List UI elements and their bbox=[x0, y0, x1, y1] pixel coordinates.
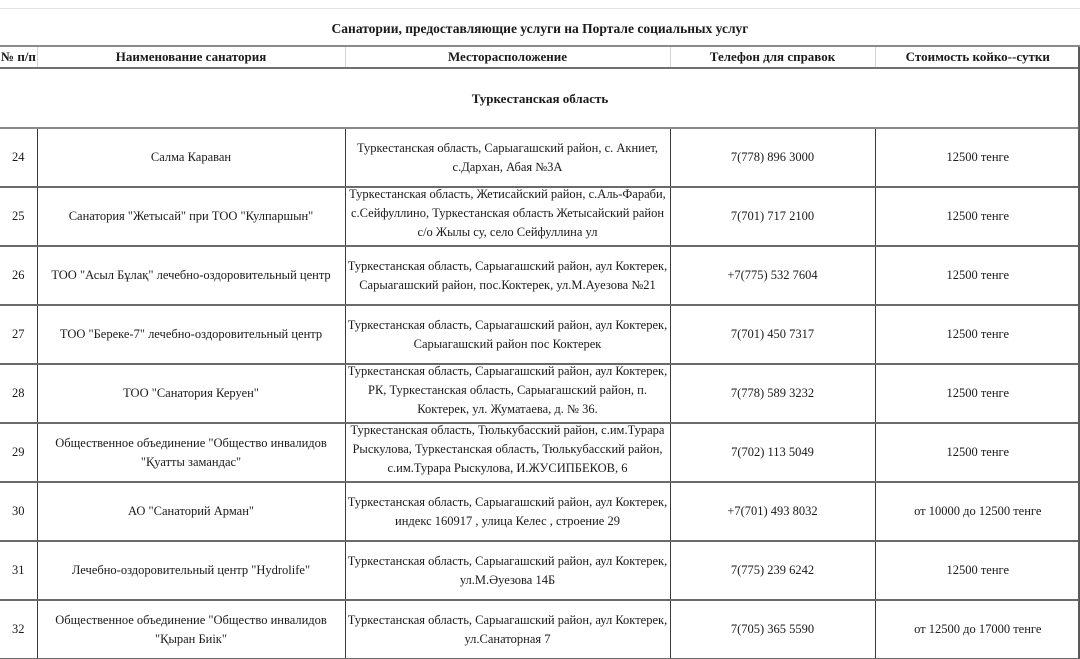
row-number: 28 bbox=[0, 364, 37, 423]
contact-phone: 7(705) 365 5590 bbox=[670, 600, 875, 659]
row-number: 30 bbox=[0, 482, 37, 541]
table-row: 31Лечебно-оздоровительный центр "Hydroli… bbox=[0, 541, 1080, 600]
contact-phone: +7(701) 493 8032 bbox=[670, 482, 875, 541]
table-row: 25Санатория "Жетысай" при ТОО "Кулпаршын… bbox=[0, 187, 1080, 246]
bed-day-price: от 12500 до 17000 тенге bbox=[875, 600, 1080, 659]
contact-phone: 7(778) 589 3232 bbox=[670, 364, 875, 423]
sanatorium-name: Салма Караван bbox=[37, 128, 345, 187]
sanatorium-name: ТОО "Асыл Бұлақ" лечебно-оздоровительный… bbox=[37, 246, 345, 305]
sanatorium-location: Туркестанская область, Жетисайский район… bbox=[345, 187, 670, 246]
column-header-phone: Телефон для справок bbox=[670, 47, 875, 68]
contact-phone: 7(775) 239 6242 bbox=[670, 541, 875, 600]
document-sheet: Санатории, предоставляющие услуги на Пор… bbox=[0, 8, 1080, 659]
row-number: 26 bbox=[0, 246, 37, 305]
sanatorium-location: Туркестанская область, Сарыагашский райо… bbox=[345, 246, 670, 305]
sanatorium-name: Лечебно-оздоровительный центр "Hydrolife… bbox=[37, 541, 345, 600]
row-number: 27 bbox=[0, 305, 37, 364]
location-text: Туркестанская область, Сарыагашский райо… bbox=[348, 129, 668, 186]
contact-phone: +7(775) 532 7604 bbox=[670, 246, 875, 305]
table-row: 24Салма КараванТуркестанская область, Са… bbox=[0, 128, 1080, 187]
table-row: 29Общественное объединение "Общество инв… bbox=[0, 423, 1080, 482]
document-title: Санатории, предоставляющие услуги на Пор… bbox=[0, 9, 1080, 47]
sanatorium-location: Туркестанская область, Сарыагашский райо… bbox=[345, 305, 670, 364]
sanatorium-name: Общественное объединение "Общество инвал… bbox=[37, 423, 345, 482]
table-row: 28ТОО "Санатория Керуен"Туркестанская об… bbox=[0, 364, 1080, 423]
contact-phone: 7(702) 113 5049 bbox=[670, 423, 875, 482]
contact-phone: 7(701) 717 2100 bbox=[670, 187, 875, 246]
row-number: 29 bbox=[0, 423, 37, 482]
column-header-location: Месторасположение bbox=[345, 47, 670, 68]
sanatorium-location: Туркестанская область, Сарыагашский райо… bbox=[345, 482, 670, 541]
location-text: Туркестанская область, Сарыагашский райо… bbox=[348, 601, 668, 658]
sanatorium-table: № п/п Наименование санатория Местораспол… bbox=[0, 47, 1080, 659]
bed-day-price: 12500 тенге bbox=[875, 128, 1080, 187]
column-header-price: Стоимость койко--сутки bbox=[875, 47, 1080, 68]
column-header-number: № п/п bbox=[0, 47, 37, 68]
location-text: Туркестанская область, Тюлькубасский рай… bbox=[348, 423, 668, 478]
table-row: 27ТОО "Береке-7" лечебно-оздоровительный… bbox=[0, 305, 1080, 364]
sanatorium-name: ТОО "Санатория Керуен" bbox=[37, 364, 345, 423]
sanatorium-location: Туркестанская область, Сарыагашский райо… bbox=[345, 541, 670, 600]
sanatorium-name: АО "Санаторий Арман" bbox=[37, 482, 345, 541]
contact-phone: 7(701) 450 7317 bbox=[670, 305, 875, 364]
sanatorium-location: Туркестанская область, Сарыагашский райо… bbox=[345, 128, 670, 187]
bed-day-price: 12500 тенге bbox=[875, 305, 1080, 364]
bed-day-price: 12500 тенге bbox=[875, 541, 1080, 600]
row-number: 24 bbox=[0, 128, 37, 187]
sanatorium-name: Общественное объединение "Общество инвал… bbox=[37, 600, 345, 659]
location-text: Туркестанская область, Сарыагашский райо… bbox=[348, 542, 668, 599]
location-text: Туркестанская область, Сарыагашский райо… bbox=[348, 247, 668, 304]
row-number: 31 bbox=[0, 541, 37, 600]
column-header-name: Наименование санатория bbox=[37, 47, 345, 68]
bed-day-price: 12500 тенге bbox=[875, 187, 1080, 246]
bed-day-price: 12500 тенге bbox=[875, 246, 1080, 305]
sanatorium-name: ТОО "Береке-7" лечебно-оздоровительный ц… bbox=[37, 305, 345, 364]
sanatorium-location: Туркестанская область, Сарыагашский райо… bbox=[345, 364, 670, 423]
region-row: Туркестанская область bbox=[0, 68, 1080, 128]
bed-day-price: от 10000 до 12500 тенге bbox=[875, 482, 1080, 541]
region-label: Туркестанская область bbox=[0, 68, 1080, 128]
bed-day-price: 12500 тенге bbox=[875, 364, 1080, 423]
contact-phone: 7(778) 896 3000 bbox=[670, 128, 875, 187]
table-row: 30АО "Санаторий Арман"Туркестанская обла… bbox=[0, 482, 1080, 541]
row-number: 25 bbox=[0, 187, 37, 246]
table-row: 32Общественное объединение "Общество инв… bbox=[0, 600, 1080, 659]
location-text: Туркестанская область, Сарыагашский райо… bbox=[348, 364, 668, 419]
table-row: 26ТОО "Асыл Бұлақ" лечебно-оздоровительн… bbox=[0, 246, 1080, 305]
table-header-row: № п/п Наименование санатория Местораспол… bbox=[0, 47, 1080, 68]
location-text: Туркестанская область, Жетисайский район… bbox=[348, 187, 668, 242]
sanatorium-location: Туркестанская область, Тюлькубасский рай… bbox=[345, 423, 670, 482]
row-number: 32 bbox=[0, 600, 37, 659]
location-text: Туркестанская область, Сарыагашский райо… bbox=[348, 483, 668, 540]
bed-day-price: 12500 тенге bbox=[875, 423, 1080, 482]
sanatorium-location: Туркестанская область, Сарыагашский райо… bbox=[345, 600, 670, 659]
sanatorium-name: Санатория "Жетысай" при ТОО "Кулпаршын" bbox=[37, 187, 345, 246]
location-text: Туркестанская область, Сарыагашский райо… bbox=[348, 306, 668, 363]
